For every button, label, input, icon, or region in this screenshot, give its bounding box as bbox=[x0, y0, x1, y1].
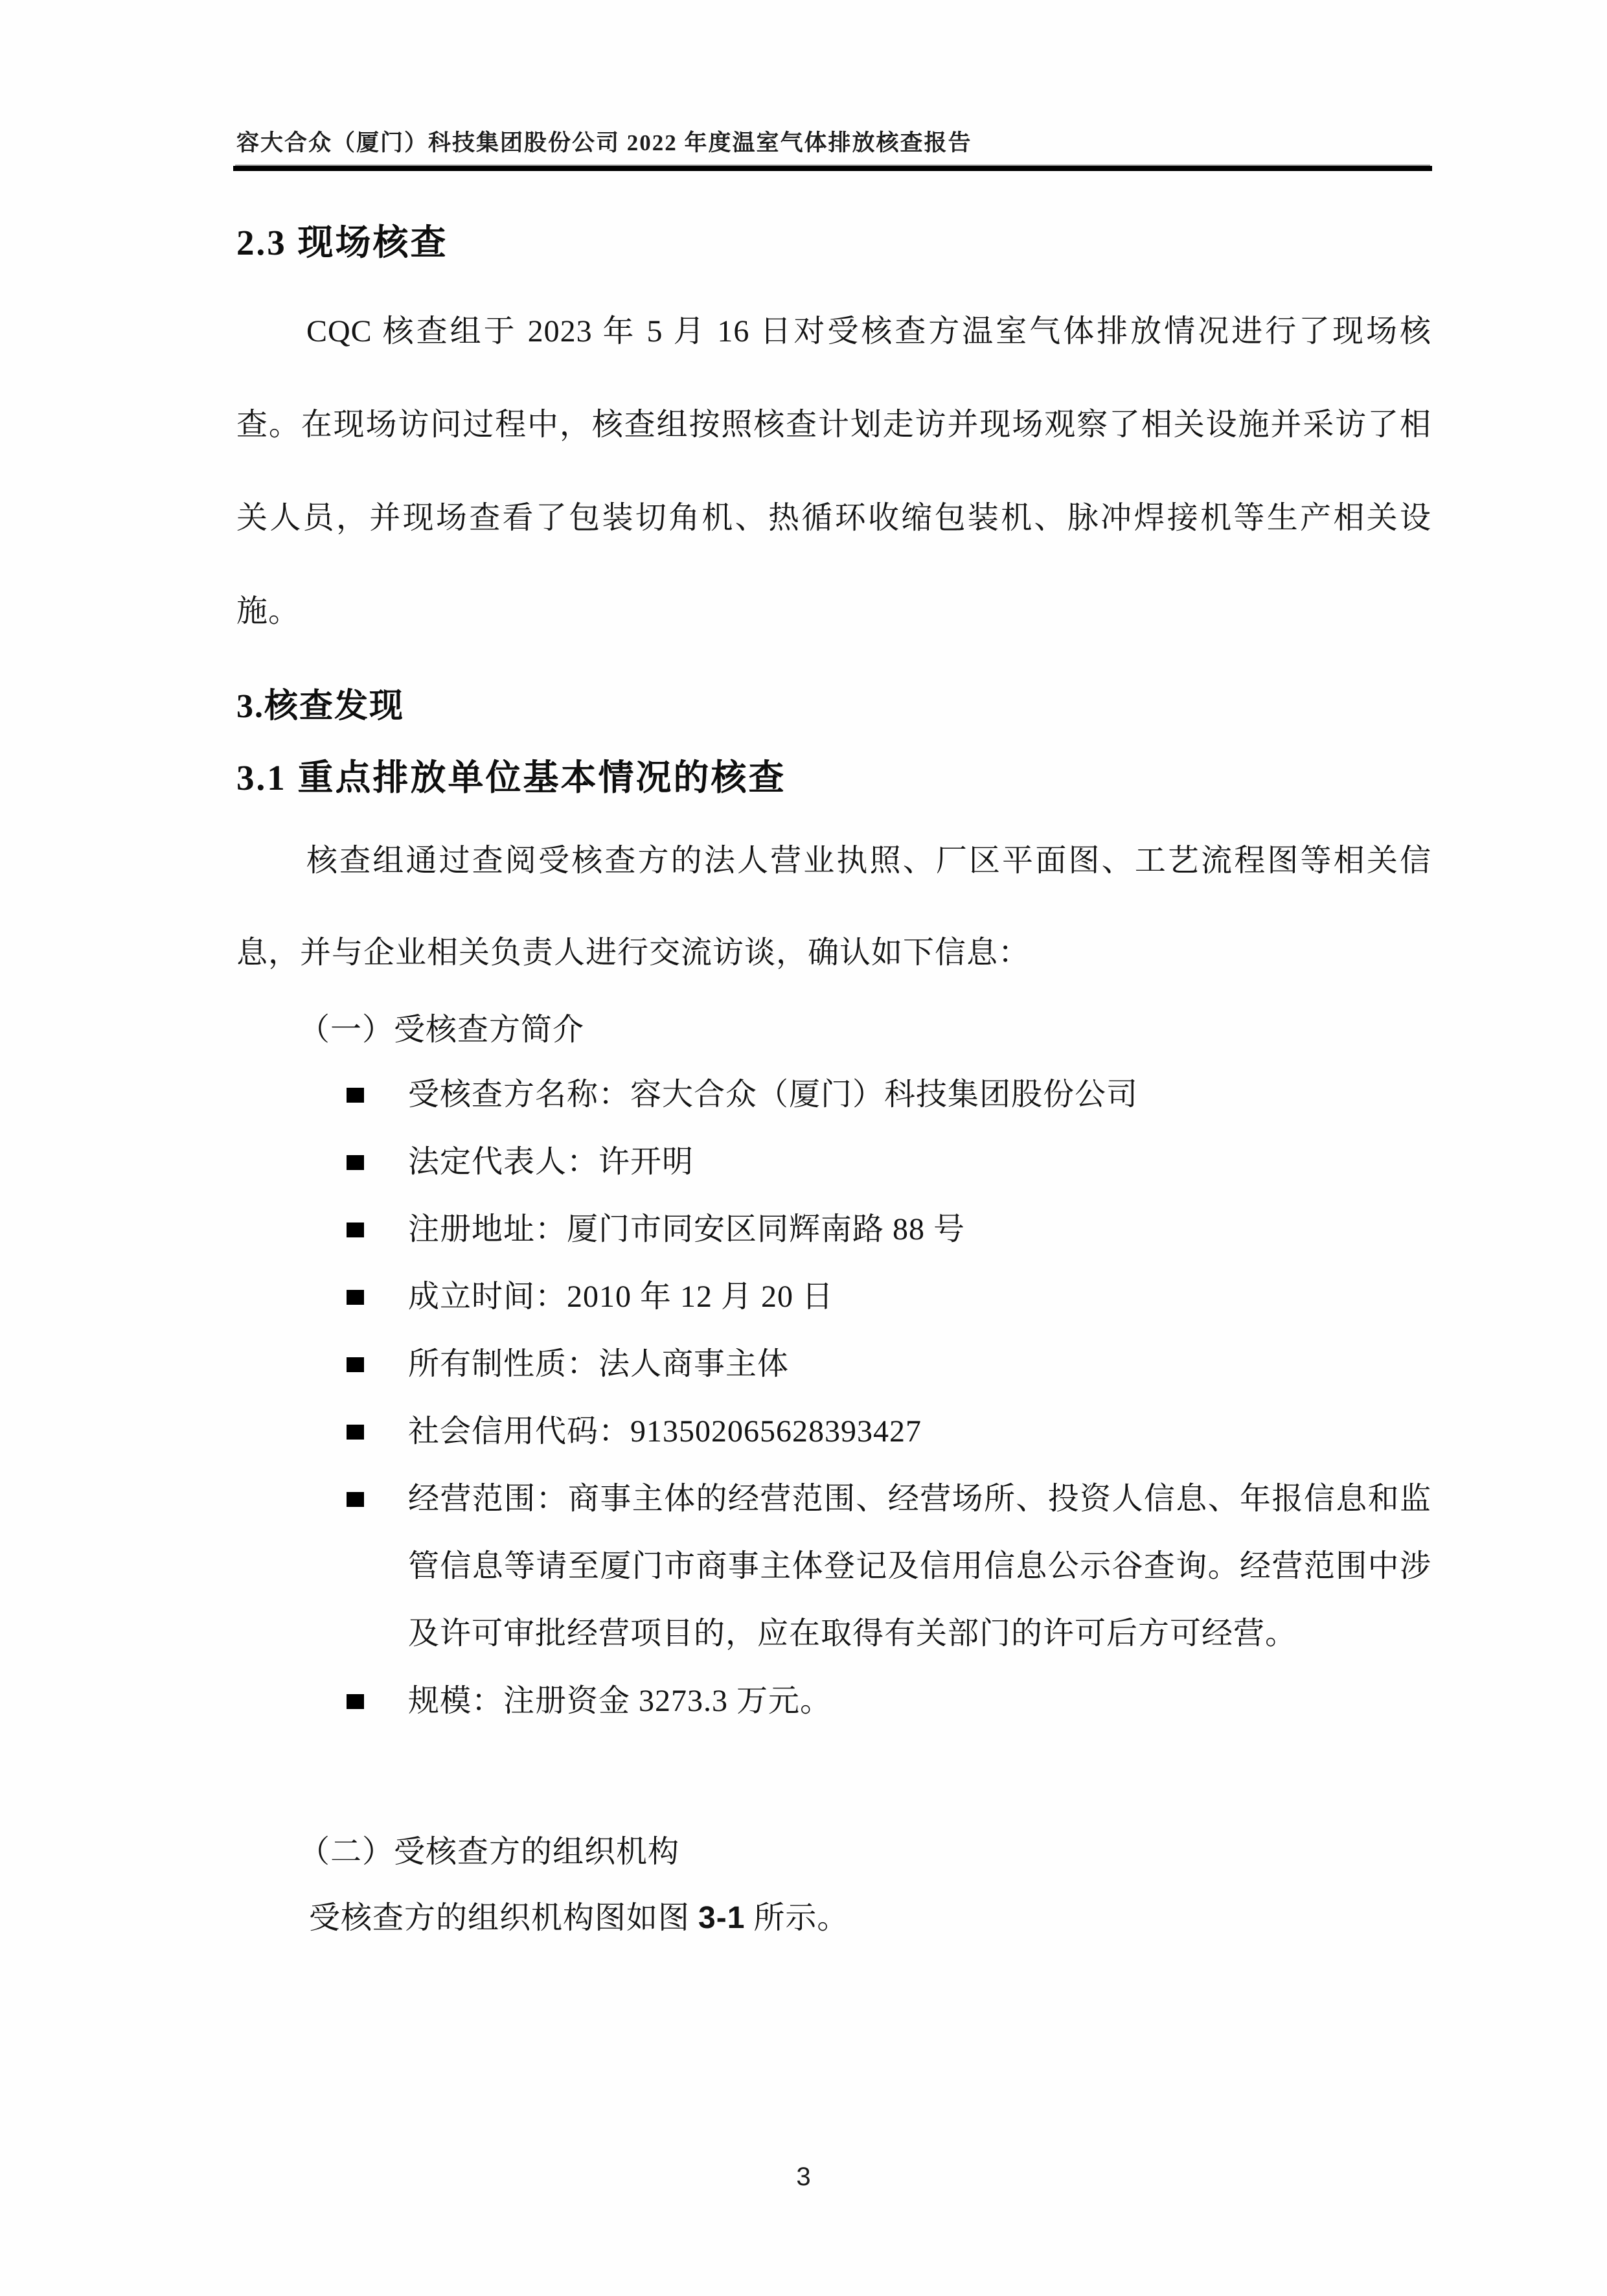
bullet-square-icon bbox=[347, 1357, 364, 1372]
bullet-item-legal-representative: 法定代表人：许开明 bbox=[236, 1129, 1431, 1196]
bullet-item-text: 法定代表人：许开明 bbox=[408, 1145, 694, 1179]
section-2-3-paragraph: CQC 核查组于 2023 年 5 月 16 日对受核查方温室气体排放情况进行了… bbox=[236, 285, 1431, 658]
company-info-bullet-list: 受核查方名称：容大合众（厦门）科技集团股份公司 法定代表人：许开明 注册地址：厦… bbox=[236, 1061, 1431, 1735]
running-header-title: 容大合众（厦门）科技集团股份公司 2022 年度温室气体排放核查报告 bbox=[236, 125, 972, 157]
section-3-1-paragraph: 核查组通过查阅受核查方的法人营业执照、厂区平面图、工艺流程图等相关信息，并与企业… bbox=[236, 815, 1431, 999]
page-number: 3 bbox=[0, 2163, 1607, 2192]
subsection-1-heading: （一）受核查方简介 bbox=[236, 999, 1431, 1061]
bullet-item-establish-date: 成立时间：2010 年 12 月 20 日 bbox=[236, 1263, 1431, 1331]
bullet-square-icon bbox=[347, 1088, 364, 1103]
bullet-item-text: 规模：注册资金 3273.3 万元。 bbox=[408, 1684, 832, 1718]
bullet-square-icon bbox=[347, 1290, 364, 1305]
bullet-square-icon bbox=[347, 1425, 364, 1440]
bullet-item-business-scope: 经营范围：商事主体的经营范围、经营场所、投资人信息、年报信息和监管信息等请至厦门… bbox=[236, 1465, 1431, 1668]
bullet-square-icon bbox=[347, 1223, 364, 1237]
bullet-item-company-name: 受核查方名称：容大合众（厦门）科技集团股份公司 bbox=[236, 1061, 1431, 1129]
document-body: 2.3 现场核查 CQC 核查组于 2023 年 5 月 16 日对受核查方温室… bbox=[236, 220, 1431, 1951]
subsection-2-heading: （二）受核查方的组织机构 bbox=[236, 1819, 1431, 1885]
bullet-item-registered-address: 注册地址：厦门市同安区同辉南路 88 号 bbox=[236, 1196, 1431, 1263]
bullet-item-credit-code: 社会信用代码：913502065628393427 bbox=[236, 1398, 1431, 1465]
bullet-square-icon bbox=[347, 1492, 364, 1507]
bullet-item-ownership: 所有制性质：法人商事主体 bbox=[236, 1331, 1431, 1398]
bullet-item-text: 经营范围：商事主体的经营范围、经营场所、投资人信息、年报信息和监管信息等请至厦门… bbox=[408, 1482, 1431, 1651]
bullet-item-text: 成立时间：2010 年 12 月 20 日 bbox=[408, 1280, 834, 1314]
figure-sentence-prefix: 受核查方的组织机构图如图 bbox=[309, 1901, 698, 1935]
figure-reference-sentence: 受核查方的组织机构图如图 3-1 所示。 bbox=[236, 1885, 1431, 1951]
document-page: 容大合众（厦门）科技集团股份公司 2022 年度温室气体排放核查报告 2.3 现… bbox=[0, 0, 1607, 2296]
bullet-item-text: 注册地址：厦门市同安区同辉南路 88 号 bbox=[408, 1212, 965, 1246]
section-2-3-heading: 2.3 现场核查 bbox=[236, 220, 1431, 266]
section-3-heading: 3.核查发现 bbox=[236, 687, 1431, 727]
bullet-item-text: 受核查方名称：容大合众（厦门）科技集团股份公司 bbox=[408, 1077, 1138, 1112]
bullet-item-registered-capital: 规模：注册资金 3273.3 万元。 bbox=[236, 1668, 1431, 1735]
bullet-square-icon bbox=[347, 1155, 364, 1170]
section-3-1-heading: 3.1 重点排放单位基本情况的核查 bbox=[236, 757, 1431, 799]
figure-ref: 3-1 bbox=[698, 1901, 745, 1935]
bullet-item-text: 社会信用代码：913502065628393427 bbox=[408, 1414, 922, 1449]
bullet-square-icon bbox=[347, 1694, 364, 1709]
figure-sentence-suffix: 所示。 bbox=[745, 1901, 849, 1935]
bullet-item-text: 所有制性质：法人商事主体 bbox=[408, 1347, 789, 1381]
header-divider-rule bbox=[233, 166, 1432, 171]
